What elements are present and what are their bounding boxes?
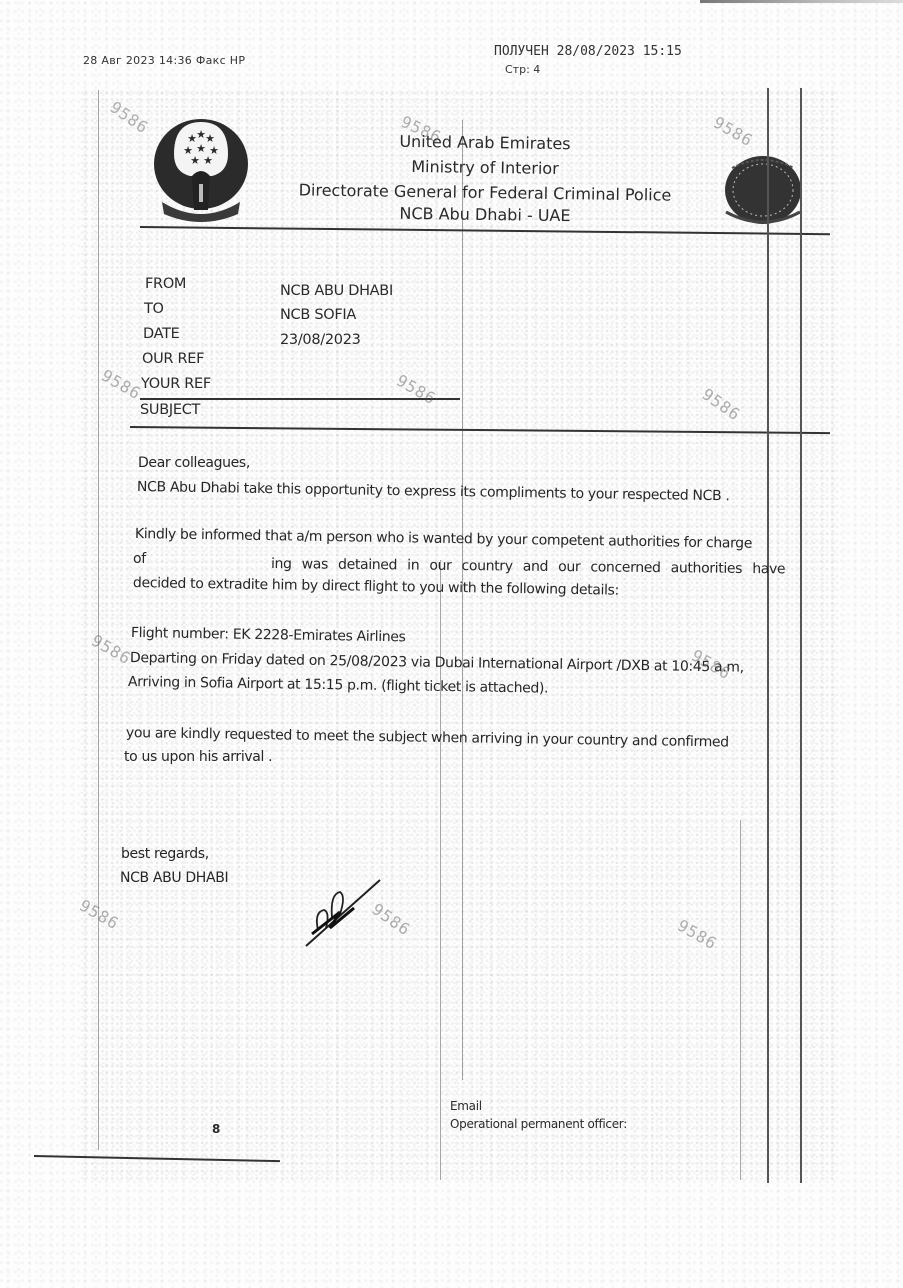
- svg-text:★: ★: [190, 154, 200, 167]
- fold-line: [440, 560, 441, 1180]
- scan-margin-line: [98, 90, 99, 1150]
- footer-page-number: 8: [212, 1122, 220, 1136]
- uae-police-emblem-icon: ★★★ ★★★ ★★: [152, 114, 250, 226]
- fax-page-number: Стр: 4: [505, 63, 540, 76]
- field-value-from: NCB ABU DHABI: [280, 283, 393, 299]
- paragraph-line: of: [133, 551, 146, 567]
- field-label-date: DATE: [143, 326, 180, 342]
- fax-sent-header: 28 Авг 2023 14:36 Факс HP: [83, 54, 245, 67]
- scan-margin-line: [800, 88, 802, 1183]
- fax-received-header: ПОЛУЧЕН 28/08/2023 15:15: [494, 44, 682, 59]
- letterhead-country: United Arab Emirates: [340, 130, 630, 156]
- fold-line: [462, 120, 463, 1080]
- field-label-subject: SUBJECT: [140, 402, 200, 418]
- svg-text:★: ★: [203, 154, 213, 167]
- field-label-from: FROM: [145, 276, 186, 292]
- fax-page: 28 Авг 2023 14:36 Факс HP ПОЛУЧЕН 28/08/…: [0, 0, 903, 1288]
- letterhead-ncb: NCB Abu Dhabi - UAE: [340, 202, 630, 228]
- closing-signatory: NCB ABU DHABI: [120, 870, 228, 886]
- field-label-your-ref: YOUR REF: [141, 376, 211, 392]
- footer-email-label: Email: [450, 1099, 482, 1113]
- letterhead-ministry: Ministry of Interior: [340, 155, 630, 181]
- footer-officer-label: Operational permanent officer:: [450, 1117, 627, 1131]
- field-value-date: 23/08/2023: [280, 332, 361, 348]
- scan-edge: [700, 0, 903, 3]
- salutation: Dear colleagues,: [138, 455, 250, 471]
- scan-margin-line: [767, 88, 769, 1183]
- scan-margin-line: [740, 820, 741, 1180]
- field-value-to: NCB SOFIA: [280, 307, 356, 323]
- field-label-our-ref: OUR REF: [142, 351, 204, 367]
- interpol-emblem-icon: [720, 150, 806, 232]
- request-line: to us upon his arrival .: [124, 749, 272, 765]
- closing-regards: best regards,: [121, 846, 209, 862]
- field-label-to: TO: [144, 301, 164, 317]
